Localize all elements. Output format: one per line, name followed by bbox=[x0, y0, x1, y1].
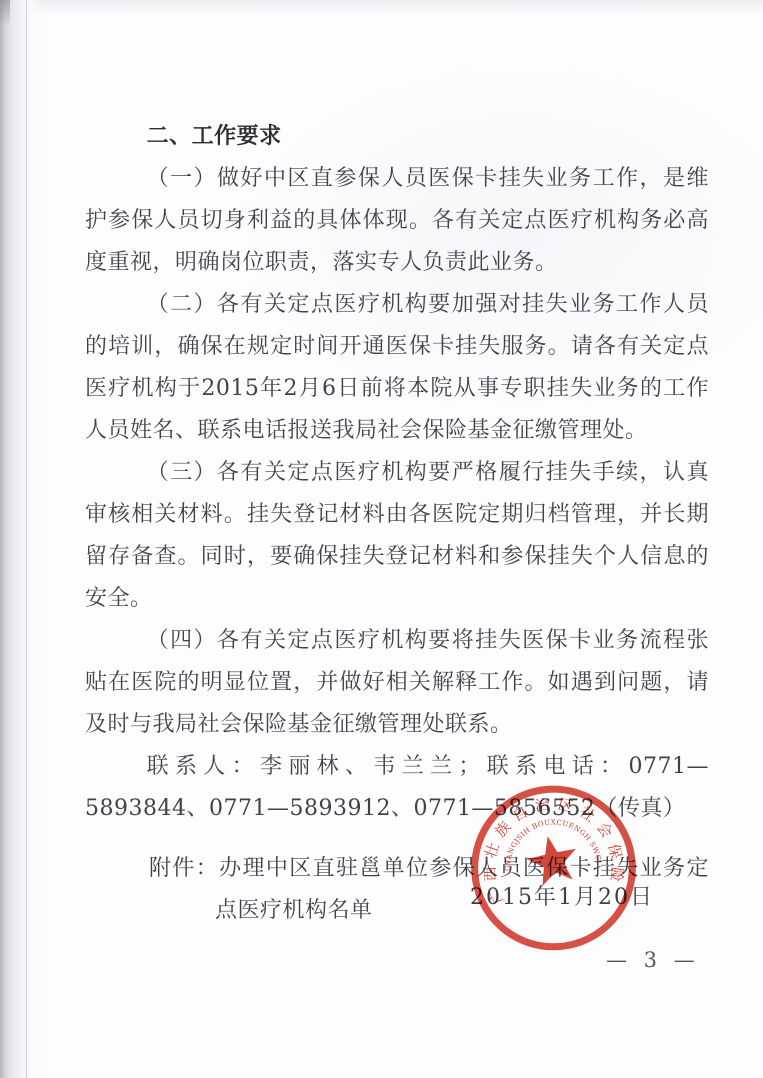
section-heading: 二、工作要求 bbox=[85, 116, 709, 158]
scan-edge-line bbox=[26, 0, 27, 1078]
scan-corner-shadow bbox=[0, 0, 10, 26]
official-seal: 广西壮族自治区社会保险事业局 GVANGJSIH BOUXCUENGH SWCI… bbox=[452, 773, 657, 978]
paragraph-2: （二）各有关定点医疗机构要加强对挂失业务工作人员的培训，确保在规定时间开通医保卡… bbox=[85, 284, 709, 452]
attachment-label: 附件： bbox=[149, 856, 219, 881]
paragraph-4: （四）各有关定点医疗机构要将挂失医保卡业务流程张贴在医院的明显位置，并做好相关解… bbox=[85, 620, 709, 746]
scanned-document-page: 二、工作要求 （一）做好中区直参保人员医保卡挂失业务工作，是维护参保人员切身利益… bbox=[0, 0, 763, 1078]
page-number: — 3 — bbox=[606, 948, 700, 972]
star-icon bbox=[525, 834, 578, 887]
paragraph-1: （一）做好中区直参保人员医保卡挂失业务工作，是维护参保人员切身利益的具体体现。各… bbox=[85, 158, 709, 284]
paragraph-3: （三）各有关定点医疗机构要严格履行挂失手续，认真审核相关材料。挂失登记材料由各医… bbox=[85, 452, 709, 620]
